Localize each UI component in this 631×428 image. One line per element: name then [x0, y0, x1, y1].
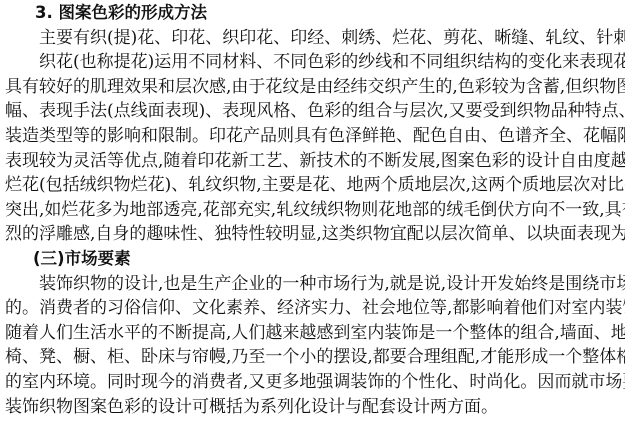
paragraph-line: 表现较为灵活等优点,随着印花新工艺、新技术的不断发展,图案色彩的设计自由度越来越… [5, 149, 625, 174]
paragraph-line: 幅、表现手法(点线面表现)、表现风格、色彩的组合与层次,又要受到织物品种特点、织… [5, 99, 625, 124]
paragraph-line: 的。消费者的习俗信仰、文化素养、经济实力、社会地位等,都影响着他们对室内装饰的喜… [5, 296, 625, 321]
paragraph-line: 织花(也称提花)运用不同材料、不同色彩的纱线和不同组织结构的变化来表现花纹,因而 [5, 50, 625, 75]
paragraph-line: 具有较好的肌理效果和层次感,由于花纹是由经纬交织产生的,色彩较为含蓄,但织物图案… [5, 75, 625, 100]
section-heading: 3. 图案色彩的形成方法 [5, 1, 625, 26]
paragraph-line: 的室内环境。同时现今的消费者,又更多地强调装饰的个性化、时尚化。因而就市场要素而… [5, 370, 625, 395]
paragraph-line: 突出,如烂花多为地部透亮,花部充实,轧纹绒织物则花地部的绒毛倒伏方向不一致,具有… [5, 198, 625, 223]
paragraph-line: 装饰织物的设计,也是生产企业的一种市场行为,就是说,设计开发始终是围绕市场进行 [5, 272, 625, 297]
paragraph-line: 椅、凳、橱、柜、卧床与帘幔,乃至一个小的摆设,都要合理组配,才能形成一个整体格调… [5, 345, 625, 370]
paragraph-line: 烂花(包括绒织物烂花)、轧纹织物,主要是花、地两个质地层次,这两个质地层次对比往… [5, 173, 625, 198]
document-page: 3. 图案色彩的形成方法 主要有织(提)花、印花、织印花、印经、刺绣、烂花、剪花… [0, 0, 631, 428]
paragraph-line: 随着人们生活水平的不断提高,人们越来越感到室内装饰是一个整体的组合,墙面、地面、… [5, 321, 625, 346]
section-heading: (三)市场要素 [5, 247, 625, 272]
paragraph-line: 烈的浮雕感,自身的趣味性、独特性较明显,这类织物宜配以层次简单、以块面表现为主的… [5, 222, 625, 247]
paragraph-line: 主要有织(提)花、印花、织印花、印经、刺绣、烂花、剪花、晰缝、轧纹、针刺等。 [5, 26, 625, 51]
paragraph-line: 装饰织物图案色彩的设计可概括为系列化设计与配套设计两方面。 [5, 395, 625, 420]
paragraph-line: 装造类型等的影响和限制。印花产品则具有色泽鲜艳、配色自由、色谱齐全、花幅限制小、… [5, 124, 625, 149]
